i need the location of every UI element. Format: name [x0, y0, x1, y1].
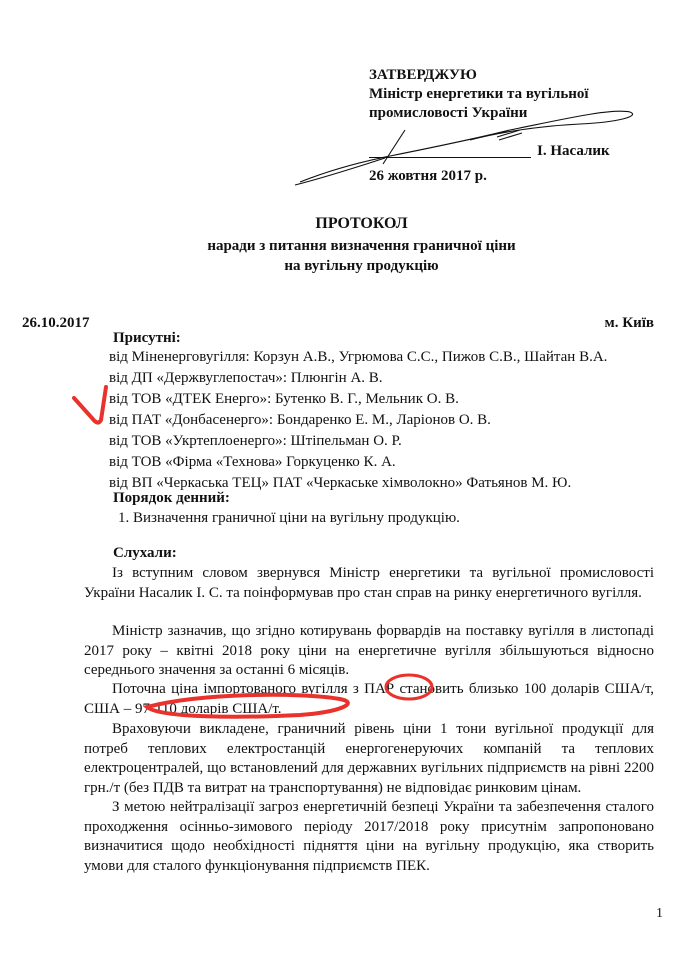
document-subtitle-line2: на вугільну продукцію: [22, 258, 679, 275]
document-title: ПРОТОКОЛ: [22, 215, 679, 233]
approval-block: ЗАТВЕРДЖУЮ Міністр енергетики та вугільн…: [369, 66, 589, 123]
approval-date: 26 жовтня 2017 р.: [369, 168, 487, 185]
highlight-country: ПАР: [364, 681, 394, 697]
heard-paragraph-3: Враховуючи викладене, граничний рівень ц…: [84, 720, 654, 799]
attendees-heading: Присутні:: [113, 330, 181, 347]
signatory-name: І. Насалик: [537, 143, 610, 160]
meeting-date: 26.10.2017: [22, 315, 90, 332]
page-number: 1: [656, 906, 663, 922]
attendee-item: від ТОВ «Фірма «Технова» Горкуценко К. А…: [109, 452, 607, 473]
heard-paragraph-4: З метою нейтралізації загроз енергетичні…: [84, 798, 654, 877]
highlight-usa-price: США – 97-110 доларів США/т.: [84, 701, 282, 717]
approval-position-line1: Міністр енергетики та вугільної: [369, 85, 589, 104]
attendee-item: від Міненерговугілля: Корзун А.В., Угрюм…: [109, 347, 607, 368]
attendee-item: від ПАТ «Донбасенерго»: Бондаренко Е. М.…: [109, 410, 607, 431]
approval-heading: ЗАТВЕРДЖУЮ: [369, 66, 589, 85]
heard-heading: Слухали:: [113, 545, 177, 562]
attendee-item: від ТОВ «ДТЕК Енерго»: Бутенко В. Г., Ме…: [109, 389, 607, 410]
attendee-list: від Міненерговугілля: Корзун А.В., Угрюм…: [109, 347, 607, 494]
heard-paragraph-2: Міністр зазначив, що згідно котирувань ф…: [84, 622, 654, 681]
meeting-city: м. Київ: [604, 315, 654, 332]
agenda-item: 1. Визначення граничної ціни на вугільну…: [118, 508, 460, 529]
heard-paragraph-1: Із вступним словом звернувся Міністр ене…: [84, 564, 654, 603]
signature-line: [369, 157, 531, 158]
document-subtitle-line1: наради з питання визначення граничної ці…: [22, 238, 679, 255]
price-paragraph: Поточна ціна імпортованого вугілля з ПАР…: [84, 680, 654, 719]
attendee-item: від ТОВ «Укртеплоенерго»: Штіпельман О. …: [109, 431, 607, 452]
red-checkmark-icon: [74, 387, 106, 423]
agenda-heading: Порядок денний:: [113, 490, 230, 507]
approval-position-line2: промисловості України: [369, 104, 589, 123]
attendee-item: від ДП «Держвуглепостач»: Плюнгін А. В.: [109, 368, 607, 389]
